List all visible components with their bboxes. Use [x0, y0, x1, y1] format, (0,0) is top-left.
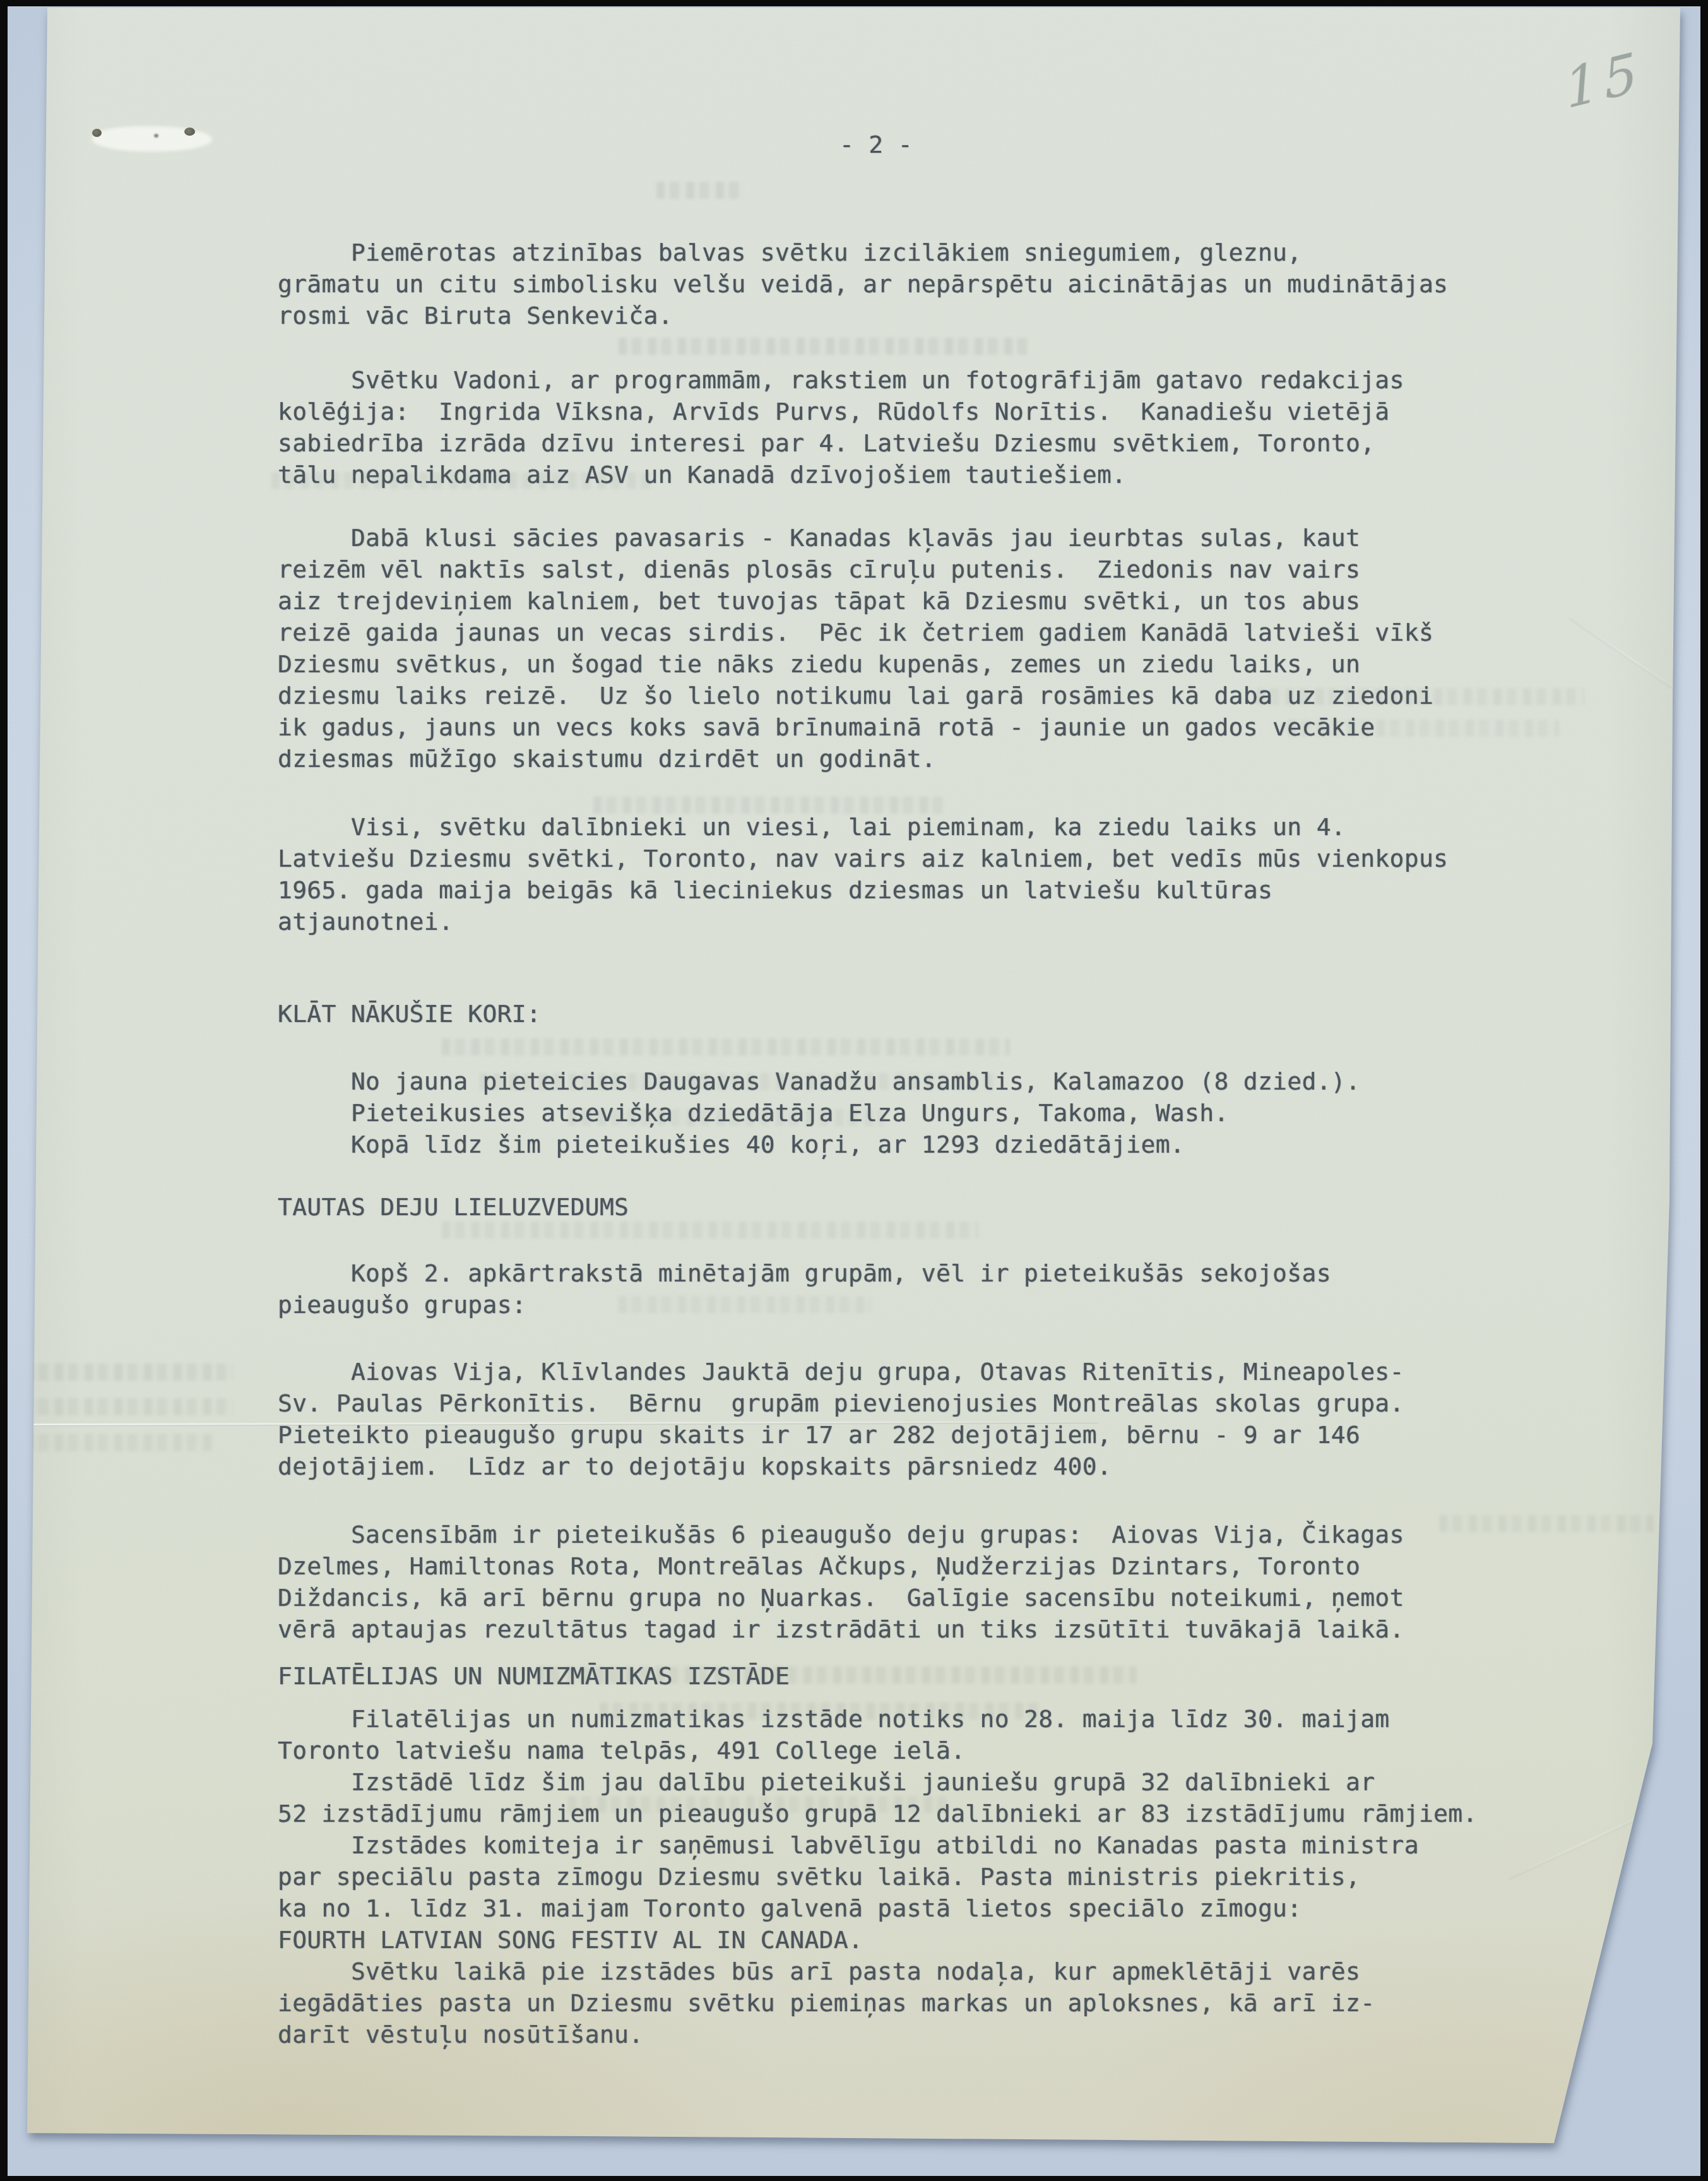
bleed-through-ghost: [619, 338, 1029, 355]
staple-speck: [154, 134, 158, 138]
bleed-through-ghost: [25, 1364, 234, 1381]
handwritten-page-number: 15: [1562, 40, 1646, 122]
paragraph-exhibition: Filatēlijas un numizmatikas izstāde noti…: [278, 1703, 1478, 2050]
paragraph-choirs: No jauna pieteicies Daugavas Vanadžu ans…: [278, 1066, 1360, 1160]
paragraph-dance-groups-list: Aiovas Vija, Klīvlandes Jauktā deju grup…: [278, 1356, 1404, 1482]
bleed-through-ghost: [442, 1038, 1010, 1055]
paragraph-awards: Piemērotas atzinības balvas svētku izcil…: [278, 237, 1448, 331]
staple-hole-left: [92, 129, 102, 137]
paragraph-invitation: Visi, svētku dalībnieki un viesi, lai pi…: [278, 811, 1448, 937]
paper-sheet: - 2 - Piemērotas atzinības balvas svētku…: [18, 8, 1690, 2144]
paragraph-dance-competition: Sacensībām ir pieteikušās 6 pieaugušo de…: [278, 1519, 1404, 1645]
paragraph-dance-groups-intro: Kopš 2. apkārtrakstā minētajām grupām, v…: [278, 1257, 1331, 1321]
section-heading-folk-dance: TAUTAS DEJU LIELUZVEDUMS: [278, 1191, 629, 1223]
section-heading-choirs: KLĀT NĀKUŠIE KORI:: [278, 998, 541, 1030]
bleed-through-ghost: [442, 1221, 978, 1239]
page-number: - 2 -: [839, 129, 913, 160]
staple-hole-right: [184, 128, 195, 136]
document-page: - 2 - Piemērotas atzinības balvas svētku…: [18, 8, 1690, 2144]
bleed-through-ghost: [1439, 1515, 1654, 1532]
paragraph-spring: Dabā klusi sācies pavasaris - Kanadas kļ…: [278, 522, 1433, 775]
scanner-background: - 2 - Piemērotas atzinības balvas svētku…: [8, 6, 1700, 2176]
bleed-through-ghost: [25, 1398, 234, 1415]
paragraph-festival-guide: Svētku Vadoni, ar programmām, rakstiem u…: [278, 364, 1404, 490]
bleed-through-ghost: [25, 1434, 215, 1451]
crease-line: [1509, 1805, 1664, 1879]
crease-line: [1570, 617, 1691, 699]
section-heading-philately: FILATĒLIJAS UN NUMIZMĀTIKAS IZSTĀDE: [278, 1660, 790, 1692]
bleed-through-ghost: [656, 182, 745, 199]
